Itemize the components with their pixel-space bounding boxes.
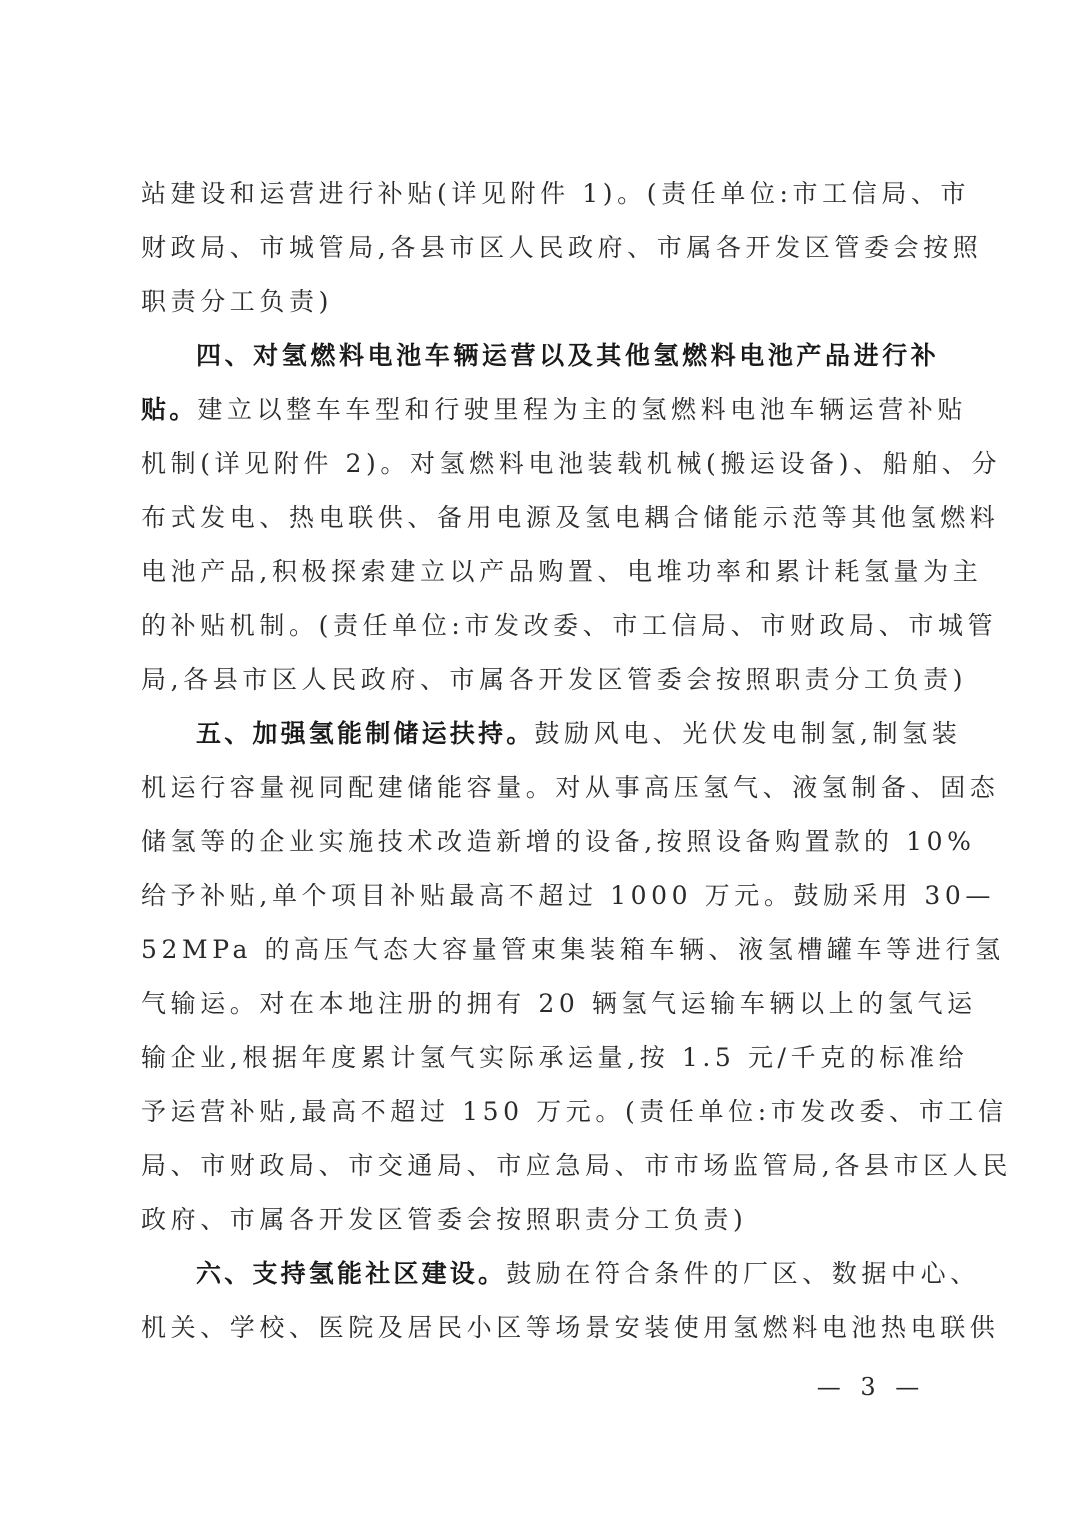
line-text: 予运营补贴,最高不超过 150 万元。(责任单位:市发改委、市工信 [141, 1097, 1008, 1126]
line-text: 站建设和运营进行补贴(详见附件 1)。(责任单位:市工信局、市 [141, 179, 970, 208]
section-5-line-2: 机运行容量视同配建储能容量。对从事高压氢气、液氢制备、固态 [141, 772, 939, 804]
document-page: 站建设和运营进行补贴(详见附件 1)。(责任单位:市工信局、市 财政局、市城管局… [0, 0, 1080, 1527]
line-text: 储氢等的企业实施技术改造新增的设备,按照设备购置款的 10% [141, 827, 975, 856]
section-4-heading-line: 四、对氢燃料电池车辆运营以及其他氢燃料电池产品进行补 [196, 340, 939, 372]
section-4-line-6: 的补贴机制。(责任单位:市发改委、市工信局、市财政局、市城管 [141, 610, 939, 642]
line-text: 给予补贴,单个项目补贴最高不超过 1000 万元。鼓励采用 30— [141, 881, 995, 910]
line-text: 鼓励风电、光伏发电制氢,制氢装 [534, 719, 961, 748]
section-5-line-9: 局、市财政局、市交通局、市应急局、市市场监管局,各县市区人民 [141, 1150, 939, 1182]
line-text: 政府、市属各开发区管委会按照职责分工负责) [141, 1205, 747, 1234]
page-number: — 3 — [806, 1372, 936, 1402]
line-text: 的补贴机制。(责任单位:市发改委、市工信局、市财政局、市城管 [141, 611, 997, 640]
section-5-line-1: 五、加强氢能制储运扶持。鼓励风电、光伏发电制氢,制氢装 [196, 718, 939, 750]
section-4-heading-end: 贴。 [141, 395, 197, 424]
section-4-line-4: 布式发电、热电联供、备用电源及氢电耦合储能示范等其他氢燃料 [141, 502, 939, 534]
section-6-line-1: 六、支持氢能社区建设。鼓励在符合条件的厂区、数据中心、 [196, 1258, 939, 1290]
section-5-line-7: 输企业,根据年度累计氢气实际承运量,按 1.5 元/千克的标准给 [141, 1042, 939, 1074]
section-3-line-1: 站建设和运营进行补贴(详见附件 1)。(责任单位:市工信局、市 [141, 178, 939, 210]
line-text: 机制(详见附件 2)。对氢燃料电池装载机械(搬运设备)、船舶、分 [141, 449, 1001, 478]
section-6-line-2: 机关、学校、医院及居民小区等场景安装使用氢燃料电池热电联供 [141, 1312, 939, 1344]
line-text: 建立以整车车型和行驶里程为主的氢燃料电池车辆运营补贴 [197, 395, 967, 424]
line-text: 局、市财政局、市交通局、市应急局、市市场监管局,各县市区人民 [141, 1151, 1012, 1180]
section-4-heading: 四、对氢燃料电池车辆运营以及其他氢燃料电池产品进行补 [196, 341, 939, 370]
line-text: 财政局、市城管局,各县市区人民政府、市属各开发区管委会按照 [141, 233, 982, 262]
line-text: 气输运。对在本地注册的拥有 20 辆氢气运输车辆以上的氢气运 [141, 989, 977, 1018]
section-5-line-6: 气输运。对在本地注册的拥有 20 辆氢气运输车辆以上的氢气运 [141, 988, 939, 1020]
section-4-line-2: 贴。建立以整车车型和行驶里程为主的氢燃料电池车辆运营补贴 [141, 394, 939, 426]
line-text: 职责分工负责) [141, 287, 333, 316]
section-5-line-8: 予运营补贴,最高不超过 150 万元。(责任单位:市发改委、市工信 [141, 1096, 939, 1128]
section-5-heading: 五、加强氢能制储运扶持。 [196, 719, 534, 748]
section-5-line-5: 52MPa 的高压气态大容量管束集装箱车辆、液氢槽罐车等进行氢 [141, 934, 939, 966]
section-4-line-7: 局,各县市区人民政府、市属各开发区管委会按照职责分工负责) [141, 664, 939, 696]
section-4-line-5: 电池产品,积极探索建立以产品购置、电堆功率和累计耗氢量为主 [141, 556, 939, 588]
line-text: 局,各县市区人民政府、市属各开发区管委会按照职责分工负责) [141, 665, 967, 694]
section-5-line-4: 给予补贴,单个项目补贴最高不超过 1000 万元。鼓励采用 30— [141, 880, 939, 912]
line-text: 52MPa 的高压气态大容量管束集装箱车辆、液氢槽罐车等进行氢 [141, 935, 1005, 964]
line-text: 布式发电、热电联供、备用电源及氢电耦合储能示范等其他氢燃料 [141, 503, 999, 532]
section-3-line-3: 职责分工负责) [141, 286, 939, 318]
section-3-line-2: 财政局、市城管局,各县市区人民政府、市属各开发区管委会按照 [141, 232, 939, 264]
line-text: 鼓励在符合条件的厂区、数据中心、 [506, 1259, 980, 1288]
section-4-line-3: 机制(详见附件 2)。对氢燃料电池装载机械(搬运设备)、船舶、分 [141, 448, 939, 480]
line-text: 输企业,根据年度累计氢气实际承运量,按 1.5 元/千克的标准给 [141, 1043, 968, 1072]
section-5-line-3: 储氢等的企业实施技术改造新增的设备,按照设备购置款的 10% [141, 826, 939, 858]
line-text: 机运行容量视同配建储能容量。对从事高压氢气、液氢制备、固态 [141, 773, 999, 802]
section-6-heading: 六、支持氢能社区建设。 [196, 1259, 506, 1288]
line-text: 机关、学校、医院及居民小区等场景安装使用氢燃料电池热电联供 [141, 1313, 999, 1342]
section-5-line-10: 政府、市属各开发区管委会按照职责分工负责) [141, 1204, 939, 1236]
line-text: 电池产品,积极探索建立以产品购置、电堆功率和累计耗氢量为主 [141, 557, 982, 586]
